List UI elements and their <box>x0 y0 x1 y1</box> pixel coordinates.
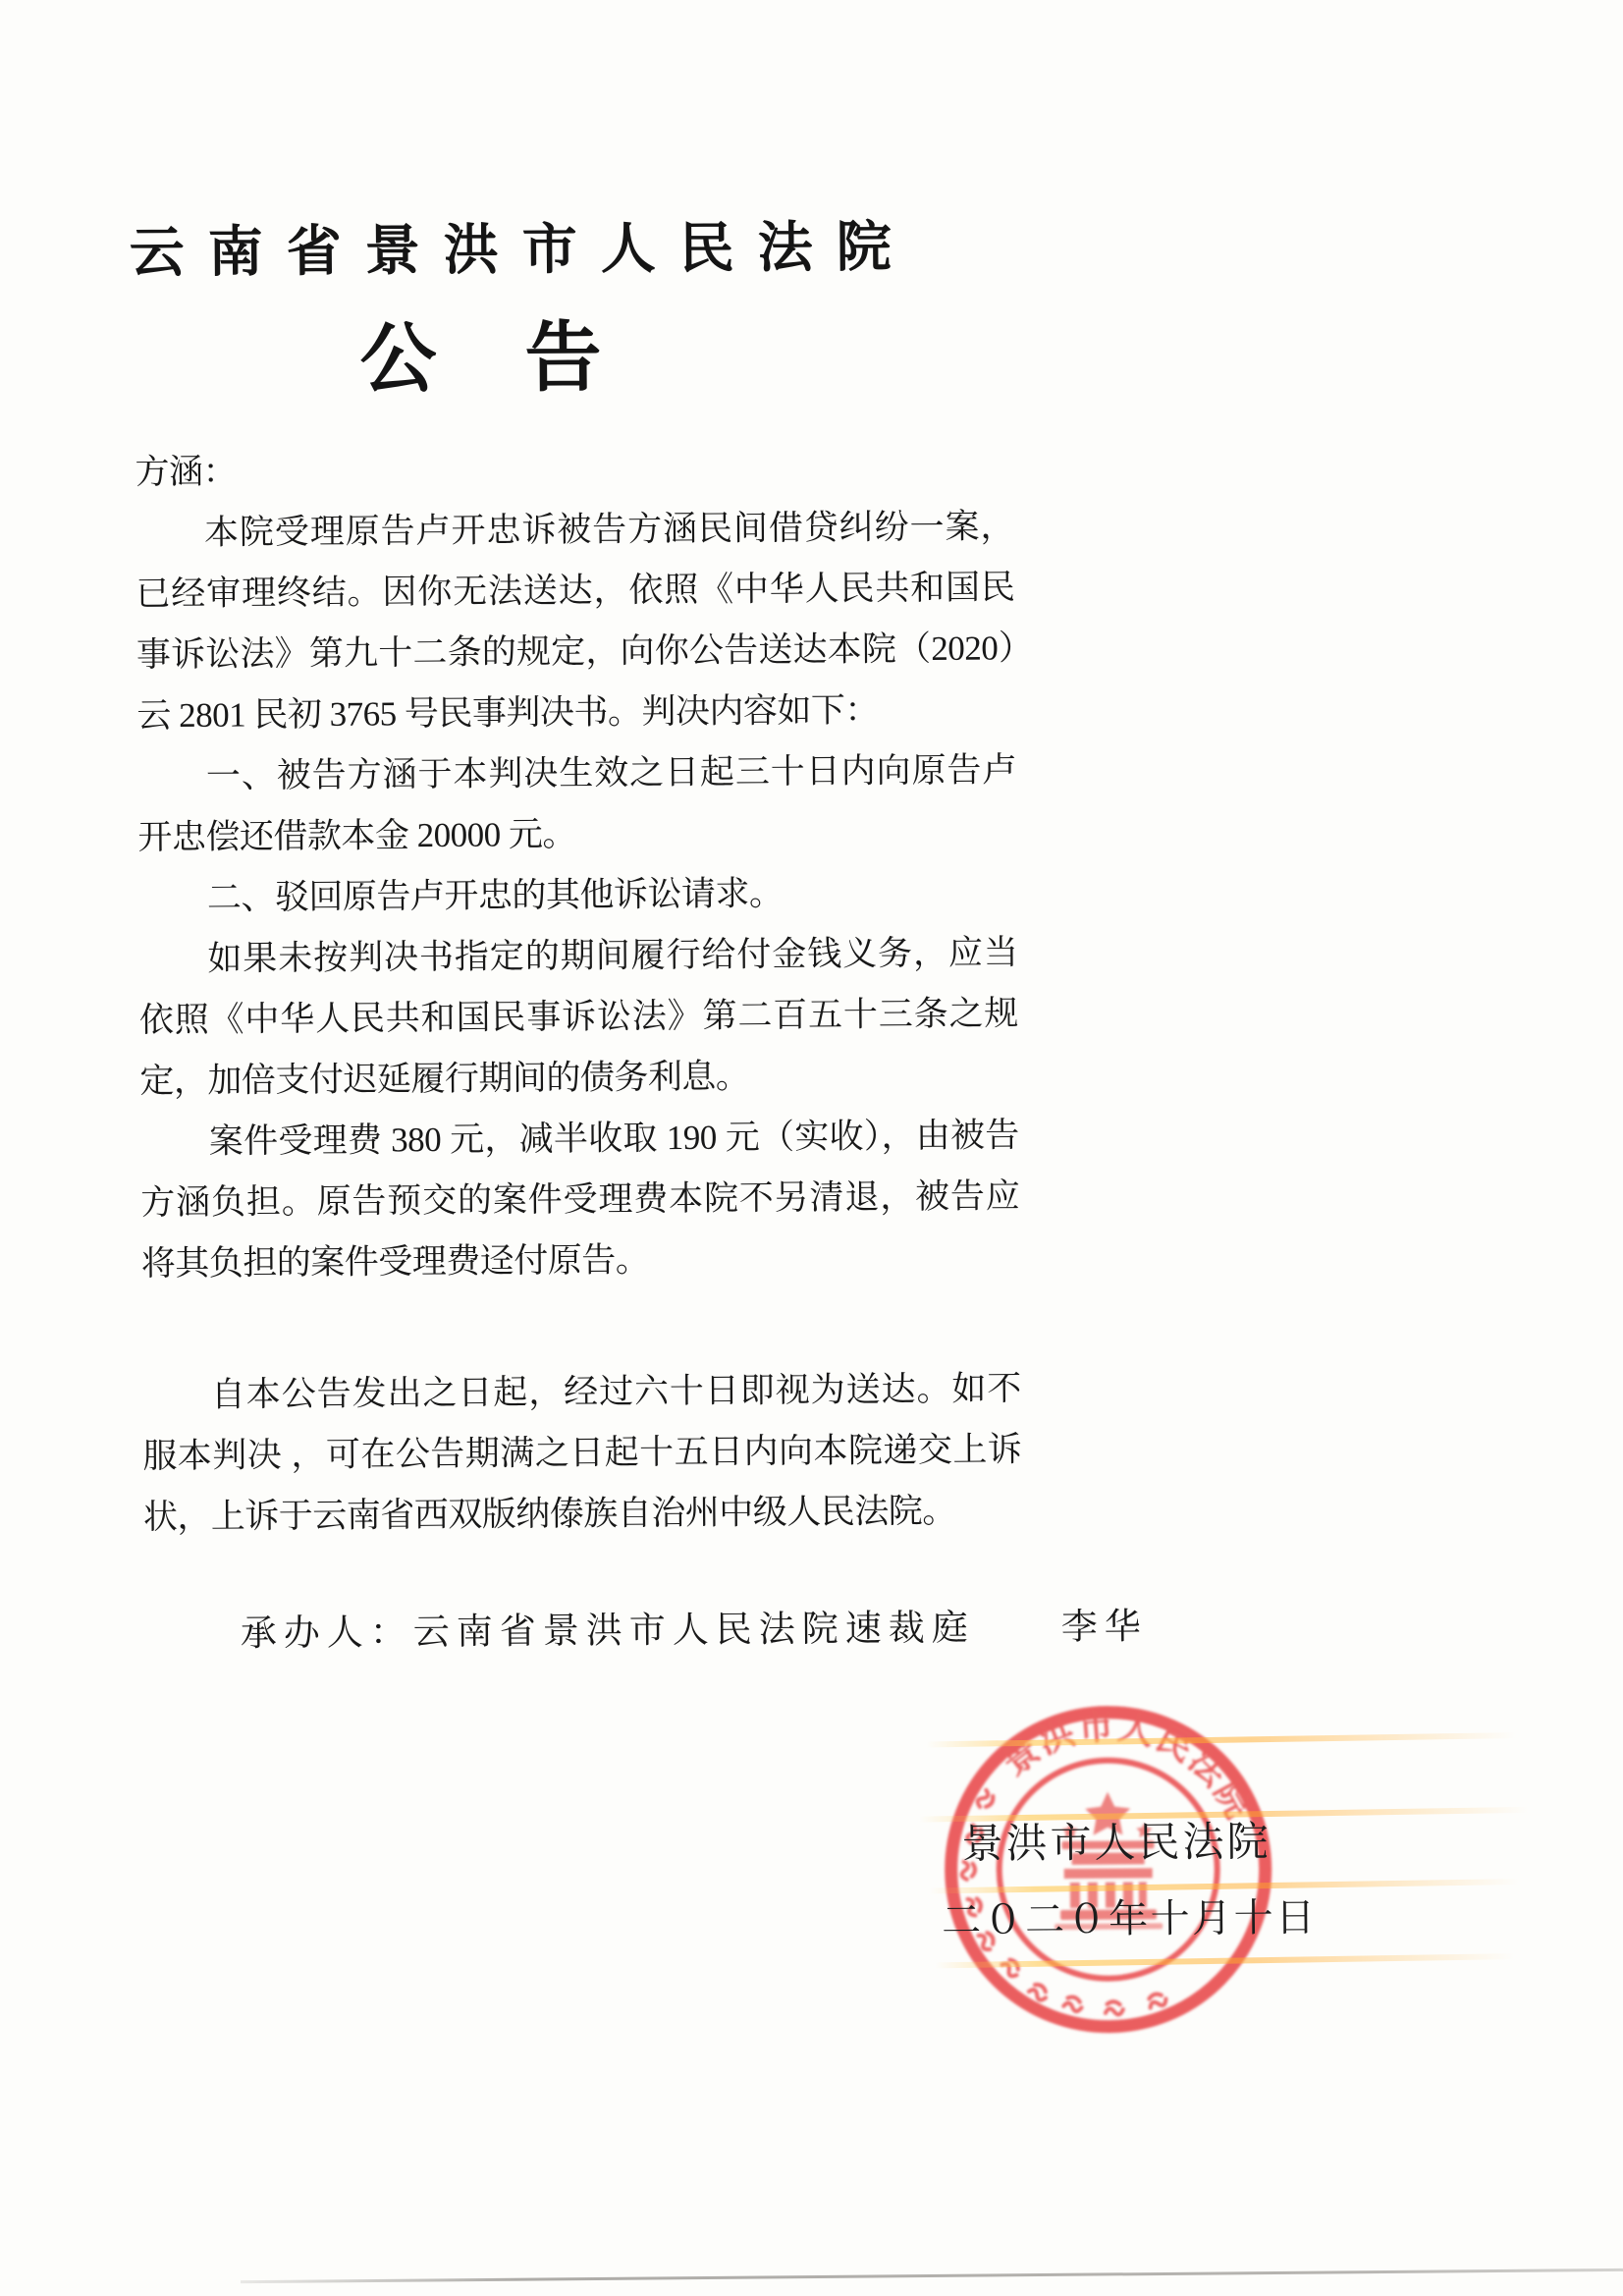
paragraph-judgment-item-2: 二、驳回原告卢开忠的其他诉讼请求。 <box>138 861 1017 929</box>
announcement-title: 公 告 <box>359 297 608 409</box>
handler-line: 承办人：云南省景洪市人民法院速裁庭 李华 <box>144 1594 1419 1657</box>
paragraph-service-and-appeal: 自本公告发出之日起，经过六十日即视为送达。如不服本判决 ，可在公告期满之日起十五… <box>142 1358 1022 1548</box>
announcement-body: 方涵： 本院受理原告卢开忠诉被告方涵民间借贷纠纷一案，已经审理终结。因你无法送达… <box>135 435 1022 1548</box>
paragraph-judgment-item-1: 一、被告方涵于本判决生效之日起三十日内向原告卢开忠偿还借款本金 20000 元。 <box>137 739 1017 868</box>
scanned-document-content: 云南省景洪市人民法院 公 告 方涵： 本院受理原告卢开忠诉被告方涵民间借贷纠纷一… <box>0 0 1623 2296</box>
court-announcement-page: 云南省景洪市人民法院 公 告 方涵： 本院受理原告卢开忠诉被告方涵民间借贷纠纷一… <box>0 0 1623 2296</box>
announcement-date: 二０二０年十月十日 <box>942 1886 1318 1945</box>
paragraph-court-fees: 案件受理费 380 元，减半收取 190 元（实收），由被告方涵负担。原告预交的… <box>140 1105 1020 1294</box>
issuing-court-name: 景洪市人民法院 <box>961 1809 1271 1870</box>
paragraph-interest-clause: 如果未按判决书指定的期间履行给付金钱义务，应当依照《中华人民共和国民事诉讼法》第… <box>138 922 1018 1112</box>
court-name-title: 云南省景洪市人民法院 <box>129 203 915 288</box>
salutation: 方涵： <box>135 435 1013 503</box>
paragraph-case-summary: 本院受理原告卢开忠诉被告方涵民间借贷纠纷一案，已经审理终结。因你无法送达，依照《… <box>135 496 1016 746</box>
